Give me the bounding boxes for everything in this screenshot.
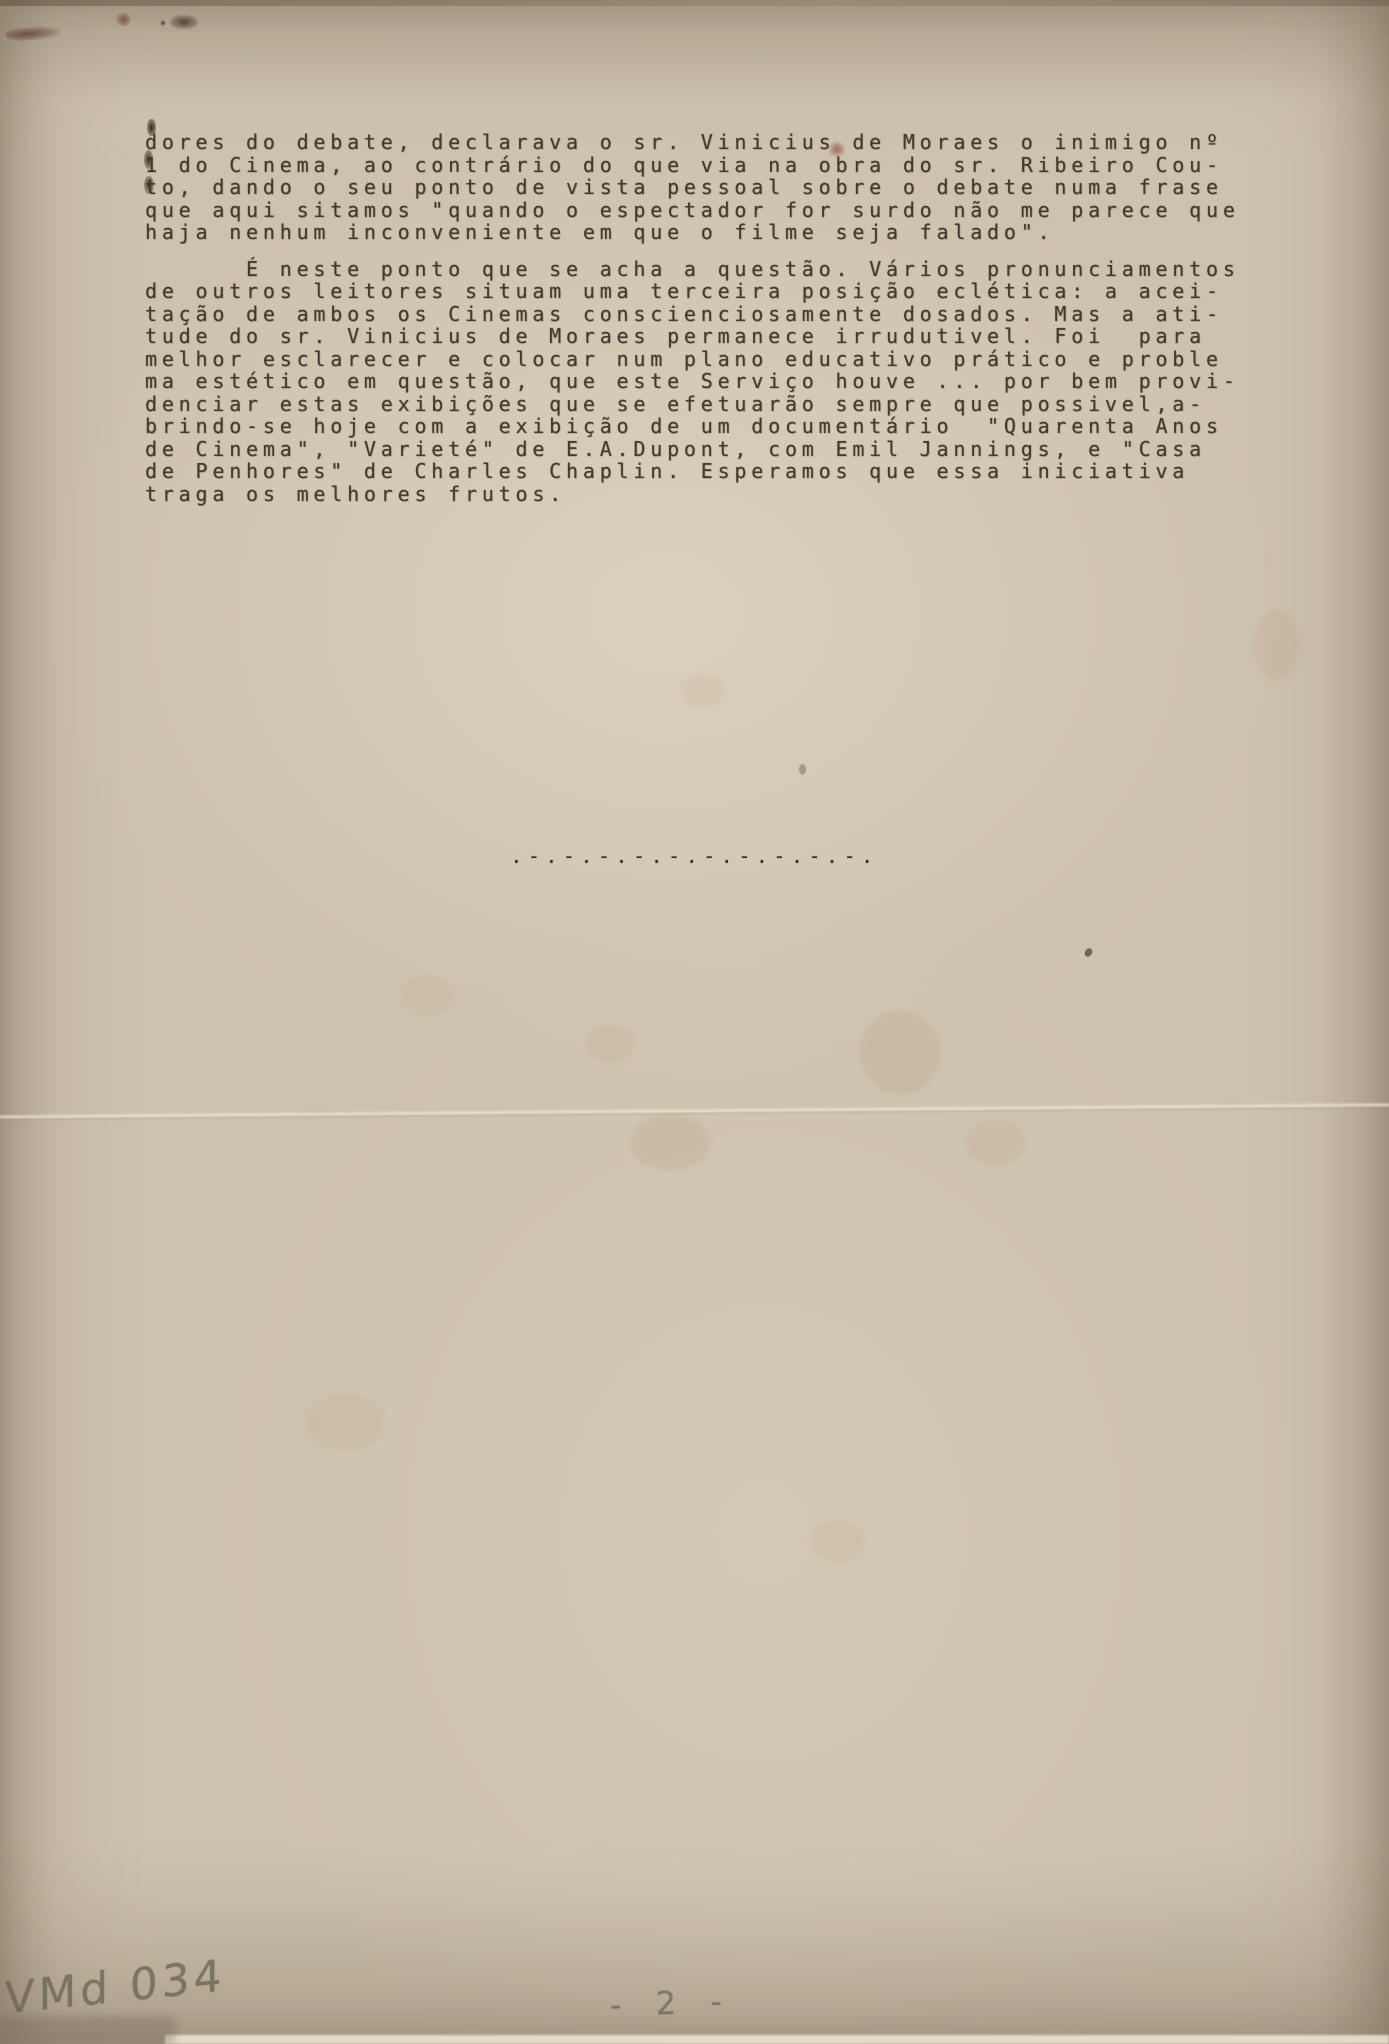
scan-edge-bottom <box>165 2035 1389 2044</box>
text-line: ma estético em questão, que este Serviço… <box>145 370 1240 393</box>
archive-code-handwritten: VMd 034 <box>5 1950 226 2024</box>
page-number-handwritten: - 2 - <box>609 1982 734 2024</box>
scanned-document-page: dores do debate, declarava o sr. Viniciu… <box>0 0 1389 2044</box>
text-line: traga os melhores frutos. <box>145 483 1240 506</box>
text-line: que aqui sitamos "quando o espectador fo… <box>145 199 1240 222</box>
paper-crease <box>0 1102 1389 1121</box>
text-line: tude do sr. Vinicius de Moraes permanece… <box>145 325 1240 348</box>
paragraph-1: dores do debate, declarava o sr. Viniciu… <box>145 131 1240 244</box>
paper-speck <box>799 764 806 775</box>
paragraph-2: É neste ponto que se acha a questão. Vár… <box>145 258 1240 506</box>
paper-stain <box>965 1120 1025 1165</box>
ink-smudge <box>6 25 61 42</box>
paper-stain <box>680 675 725 707</box>
text-line: É neste ponto que se acha a questão. Vár… <box>145 258 1240 281</box>
paper-stain <box>630 1115 710 1170</box>
paper-stain <box>860 1010 940 1095</box>
typed-text-block: dores do debate, declarava o sr. Viniciu… <box>145 131 1240 505</box>
text-line: de Cinema", "Varieté" de E.A.Dupont, com… <box>145 438 1240 461</box>
text-line: de outros leitores situam uma terceira p… <box>145 280 1240 303</box>
text-line: to, dando o seu ponto de vista pessoal s… <box>145 176 1240 199</box>
typed-divider: .-.-.-.-.-.-.-.-.-.-. <box>0 844 1389 868</box>
text-line: haja nenhum inconveniente em que o filme… <box>145 221 1240 244</box>
ink-dot <box>116 13 131 26</box>
paper-speck <box>1083 947 1094 958</box>
text-line: tação de ambos os Cinemas conscienciosam… <box>145 303 1240 326</box>
text-line: denciar estas exibições que se efetuarão… <box>145 393 1240 416</box>
paper-stain <box>1255 610 1300 680</box>
text-line: de Penhores" de Charles Chaplin. Esperam… <box>145 460 1240 483</box>
ink-dot <box>160 20 166 26</box>
ink-blob <box>170 15 198 29</box>
text-line: melhor esclarecer e colocar num plano ed… <box>145 348 1240 371</box>
paper-stain <box>810 1520 865 1562</box>
paper-stain <box>305 1395 385 1450</box>
text-line: brindo-se hoje com a exibição de um docu… <box>145 415 1240 438</box>
text-line: 1 do Cinema, ao contrário do que via na … <box>145 154 1240 177</box>
paper-stain <box>585 1025 635 1061</box>
text-line: dores do debate, declarava o sr. Viniciu… <box>145 131 1240 154</box>
paper-stain <box>400 975 455 1015</box>
scan-edge-top <box>0 0 1389 6</box>
